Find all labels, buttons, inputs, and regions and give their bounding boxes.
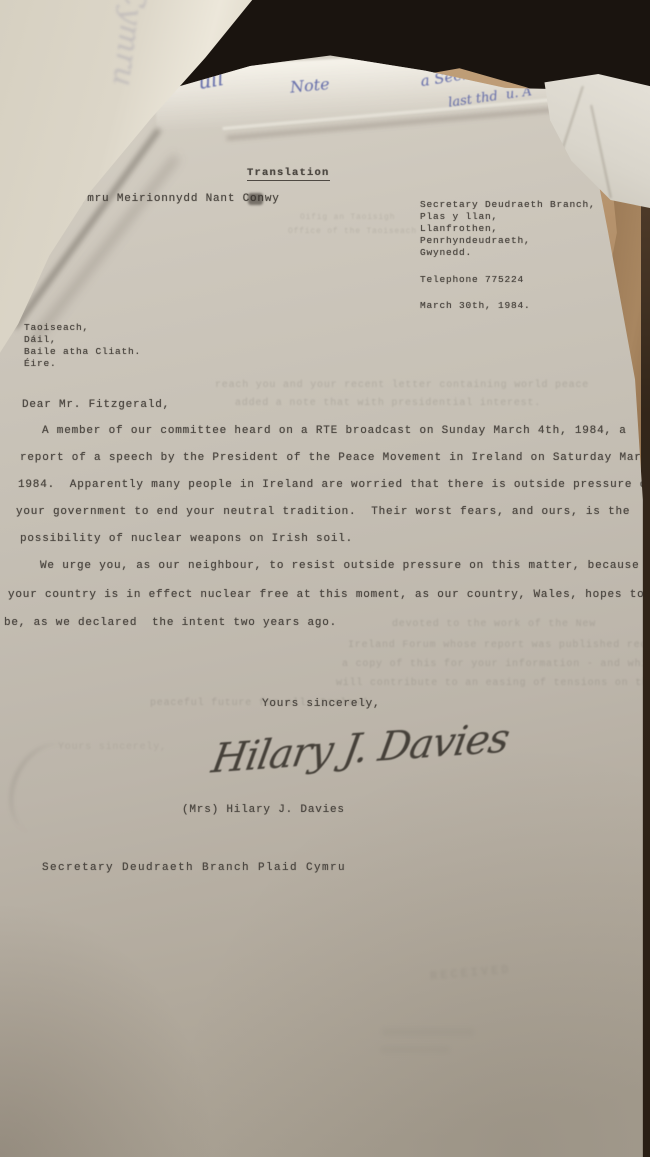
body-line: your government to end your neutral trad… bbox=[16, 506, 630, 518]
ghost-body-line: a copy of this for your information - an… bbox=[342, 659, 650, 670]
sender-address-line: Gwynedd. bbox=[420, 247, 472, 259]
ink-smudge bbox=[382, 1028, 474, 1036]
ghost-letterhead-english: Office of the Taoiseach bbox=[288, 227, 417, 236]
photo-scene: ull Note a Secretary to last thd u. A Oi… bbox=[0, 0, 650, 1157]
signatory-name: (Mrs) Hilary J. Davies bbox=[182, 804, 345, 816]
ghost-body-line: added a note that with presidential inte… bbox=[235, 398, 541, 409]
sender-address-line: Penrhyndeudraeth, bbox=[420, 235, 531, 247]
ink-smudge bbox=[380, 1046, 450, 1053]
recipient-line: Baile atha Cliath. bbox=[24, 346, 141, 358]
body-line: your country is in effect nuclear free a… bbox=[8, 589, 645, 601]
body-line: be, as we declared the intent two years … bbox=[4, 617, 337, 629]
ink-blot bbox=[248, 193, 263, 205]
ghost-letterhead-gaelic: Oifig an Taoisigh bbox=[300, 213, 395, 222]
sender-address-line: Plas y llan, bbox=[420, 211, 498, 223]
ghost-body-line: will contribute to an easing of tensions… bbox=[336, 678, 650, 689]
body-line: 1984. Apparently many people in Ireland … bbox=[18, 479, 650, 491]
body-line: A member of our committee heard on a RTE… bbox=[42, 425, 627, 437]
closing-line: Yours sincerely, bbox=[262, 698, 380, 710]
date-line: March 30th, 1984. bbox=[420, 300, 531, 312]
body-line: possibility of nuclear weapons on Irish … bbox=[20, 533, 353, 545]
handwritten-fragment: ull bbox=[196, 66, 225, 94]
handwritten-signature: Hilary J. Davies bbox=[208, 715, 512, 782]
recipient-line: Éire. bbox=[24, 358, 57, 370]
body-line: We urge you, as our neighbour, to resist… bbox=[40, 560, 640, 572]
sender-address-line: Secretary Deudraeth Branch, bbox=[420, 199, 596, 211]
telephone-line: Telephone 775224 bbox=[420, 274, 524, 286]
signatory-title: Secretary Deudraeth Branch Plaid Cymru bbox=[42, 862, 346, 874]
salutation: Dear Mr. Fitzgerald, bbox=[22, 399, 170, 411]
body-line: report of a speech by the President of t… bbox=[20, 452, 650, 464]
ghost-body-line: devoted to the work of the New bbox=[392, 619, 596, 630]
sender-address-line: Llanfrothen, bbox=[420, 223, 498, 235]
ghost-body-line: reach you and your recent letter contain… bbox=[215, 380, 589, 391]
ghost-body-line: Ireland Forum whose report was published… bbox=[348, 640, 650, 651]
handwritten-note: Note bbox=[289, 74, 330, 96]
letterhead-ghost-text: Cymru bbox=[105, 0, 152, 88]
translation-heading: Translation bbox=[247, 167, 330, 181]
ghost-received-stamp: RECEIVED bbox=[430, 962, 513, 983]
